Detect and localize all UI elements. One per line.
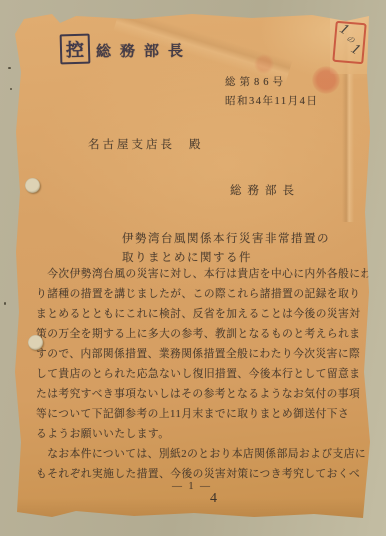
- faint-red-seal: [254, 54, 274, 74]
- recipient-line: 名古屋支店長殿: [88, 136, 204, 152]
- body-line: 今次伊勢湾台風の災害に対し、本行は貴店を中心に内外各般にわた: [36, 264, 383, 284]
- body-line: して貴店のとられた応急ないし復旧措置、今後本行として留意ま: [36, 364, 383, 384]
- copy-stamp: 控: [60, 34, 91, 65]
- scanned-document-screenshot: { "document": { "kind": "scanned-letter"…: [0, 0, 386, 536]
- subject-title: 伊勢湾台風関係本行災害非常措置の 取りまとめに関する件: [122, 230, 330, 268]
- bottom-edge-shading: [14, 498, 370, 518]
- body-line: すので、内部関係措置、業務関係措置全般にわたり今次災害に際: [36, 344, 383, 364]
- body-line: なお本件については、別紙2のとおり本店関係部局および支店に: [36, 444, 383, 464]
- dust-speck: [10, 88, 12, 90]
- body-line: まとめるとともにこれに検討、反省を加えることは今後の災害対: [36, 304, 383, 324]
- letter-paper: 1 の 1 控 総務部長 総第86号 昭和34年11月4日 名古屋支店長殿 総務…: [14, 12, 370, 518]
- sheet-number: 4: [210, 491, 217, 507]
- recipient-honorific: 殿: [189, 139, 204, 151]
- recipient-name: 名古屋支店長: [88, 139, 175, 151]
- body-line: 策の万全を期する上に多大の参考、教訓となるものと考えられま: [36, 324, 383, 344]
- dust-speck: [8, 67, 11, 69]
- body-line: 等について下記御参考の上11月末までに取りまとめ御送付下さ: [36, 404, 383, 424]
- subject-title-line1: 伊勢湾台風関係本行災害非常措置の: [122, 230, 330, 249]
- body-line: り諸種の措置を講じましたが、この際これら諸措置の記録を取り: [36, 284, 383, 304]
- body-line: るようお願いいたします。: [36, 424, 383, 444]
- sender-line: 総務部長: [230, 182, 300, 198]
- red-box-stamp: 1 の 1: [332, 21, 366, 65]
- punch-hole-top: [25, 178, 40, 193]
- dust-speck: [4, 302, 6, 305]
- doc-number: 総第86号: [225, 74, 287, 89]
- punch-hole-bottom: [28, 335, 43, 350]
- copy-stamp-label: 控: [66, 36, 85, 62]
- body-line: たは考究すべき事項ないしはその参考となるようなお気付の事項: [36, 384, 383, 404]
- letter-body: 今次伊勢湾台風の災害に対し、本行は貴店を中心に内外各般にわた り諸種の措置を講じ…: [36, 264, 383, 484]
- doc-date: 昭和34年11月4日: [225, 93, 318, 108]
- department-stamp: 総務部長: [96, 40, 192, 62]
